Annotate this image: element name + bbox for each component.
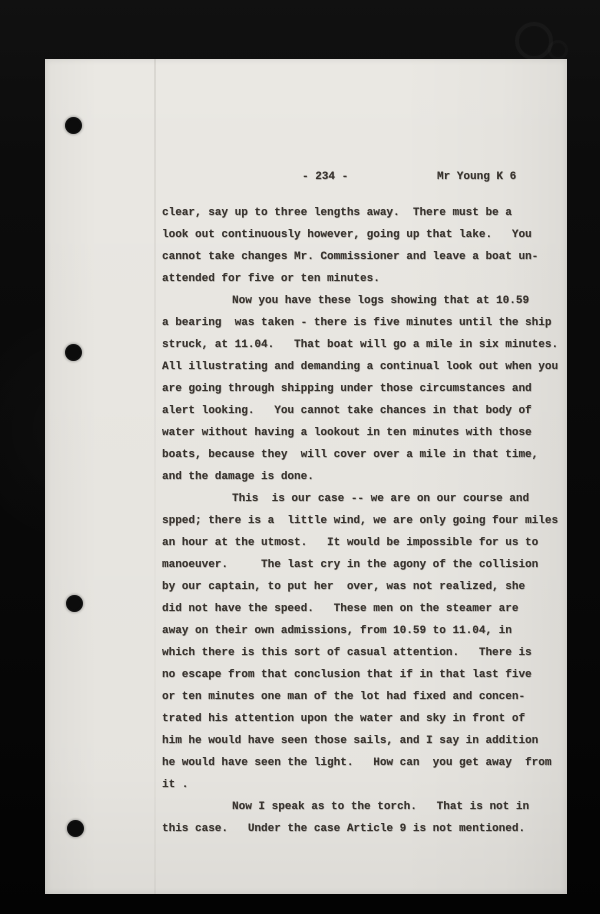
text-line: attended for five or ten minutes. [162, 268, 564, 290]
text-line: did not have the speed. These men on the… [162, 598, 564, 620]
text-line: no escape from that conclusion that if i… [162, 664, 564, 686]
text-line: him he would have seen those sails, and … [162, 730, 564, 752]
text-line: cannot take changes Mr. Commissioner and… [162, 246, 564, 268]
text-line: and the damage is done. [162, 466, 564, 488]
text-line: away on their own admissions, from 10.59… [162, 620, 564, 642]
page-number: - 234 - [302, 171, 348, 183]
text-line: which there is this sort of casual atten… [162, 642, 564, 664]
text-line: or ten minutes one man of the lot had fi… [162, 686, 564, 708]
text-line: this case. Under the case Article 9 is n… [162, 818, 564, 840]
scan-artifact-ring [515, 22, 553, 60]
hole-punch [65, 117, 82, 134]
text-line: look out continuously however, going up … [162, 224, 564, 246]
text-line: All illustrating and demanding a continu… [162, 356, 564, 378]
hole-punch [65, 344, 82, 361]
text-line: by our captain, to put her over, was not… [162, 576, 564, 598]
text-line: manoeuver. The last cry in the agony of … [162, 554, 564, 576]
scan-artifact-ring-small [548, 40, 568, 60]
text-line: boats, because they will cover over a mi… [162, 444, 564, 466]
page-header: - 234 - Mr Young K 6 [45, 171, 567, 193]
text-line: clear, say up to three lengths away. The… [162, 202, 564, 224]
text-line: This is our case -- we are on our course… [162, 488, 564, 510]
hole-punch [67, 820, 84, 837]
text-line: Now I speak as to the torch. That is not… [162, 796, 564, 818]
scan-background: - 234 - Mr Young K 6 clear, say up to th… [0, 0, 600, 914]
text-line: struck, at 11.04. That boat will go a mi… [162, 334, 564, 356]
hole-punch [66, 595, 83, 612]
text-line: water without having a lookout in ten mi… [162, 422, 564, 444]
text-line: alert looking. You cannot take chances i… [162, 400, 564, 422]
text-line: spped; there is a little wind, we are on… [162, 510, 564, 532]
text-line: a bearing was taken - there is five minu… [162, 312, 564, 334]
header-annotation: Mr Young K 6 [437, 171, 516, 183]
text-line: trated his attention upon the water and … [162, 708, 564, 730]
text-line: it . [162, 774, 564, 796]
document-body: clear, say up to three lengths away. The… [162, 202, 564, 840]
text-line: are going through shipping under those c… [162, 378, 564, 400]
scanned-page: - 234 - Mr Young K 6 clear, say up to th… [45, 59, 567, 894]
text-line: an hour at the utmost. It would be impos… [162, 532, 564, 554]
text-line: Now you have these logs showing that at … [162, 290, 564, 312]
text-line: he would have seen the light. How can yo… [162, 752, 564, 774]
